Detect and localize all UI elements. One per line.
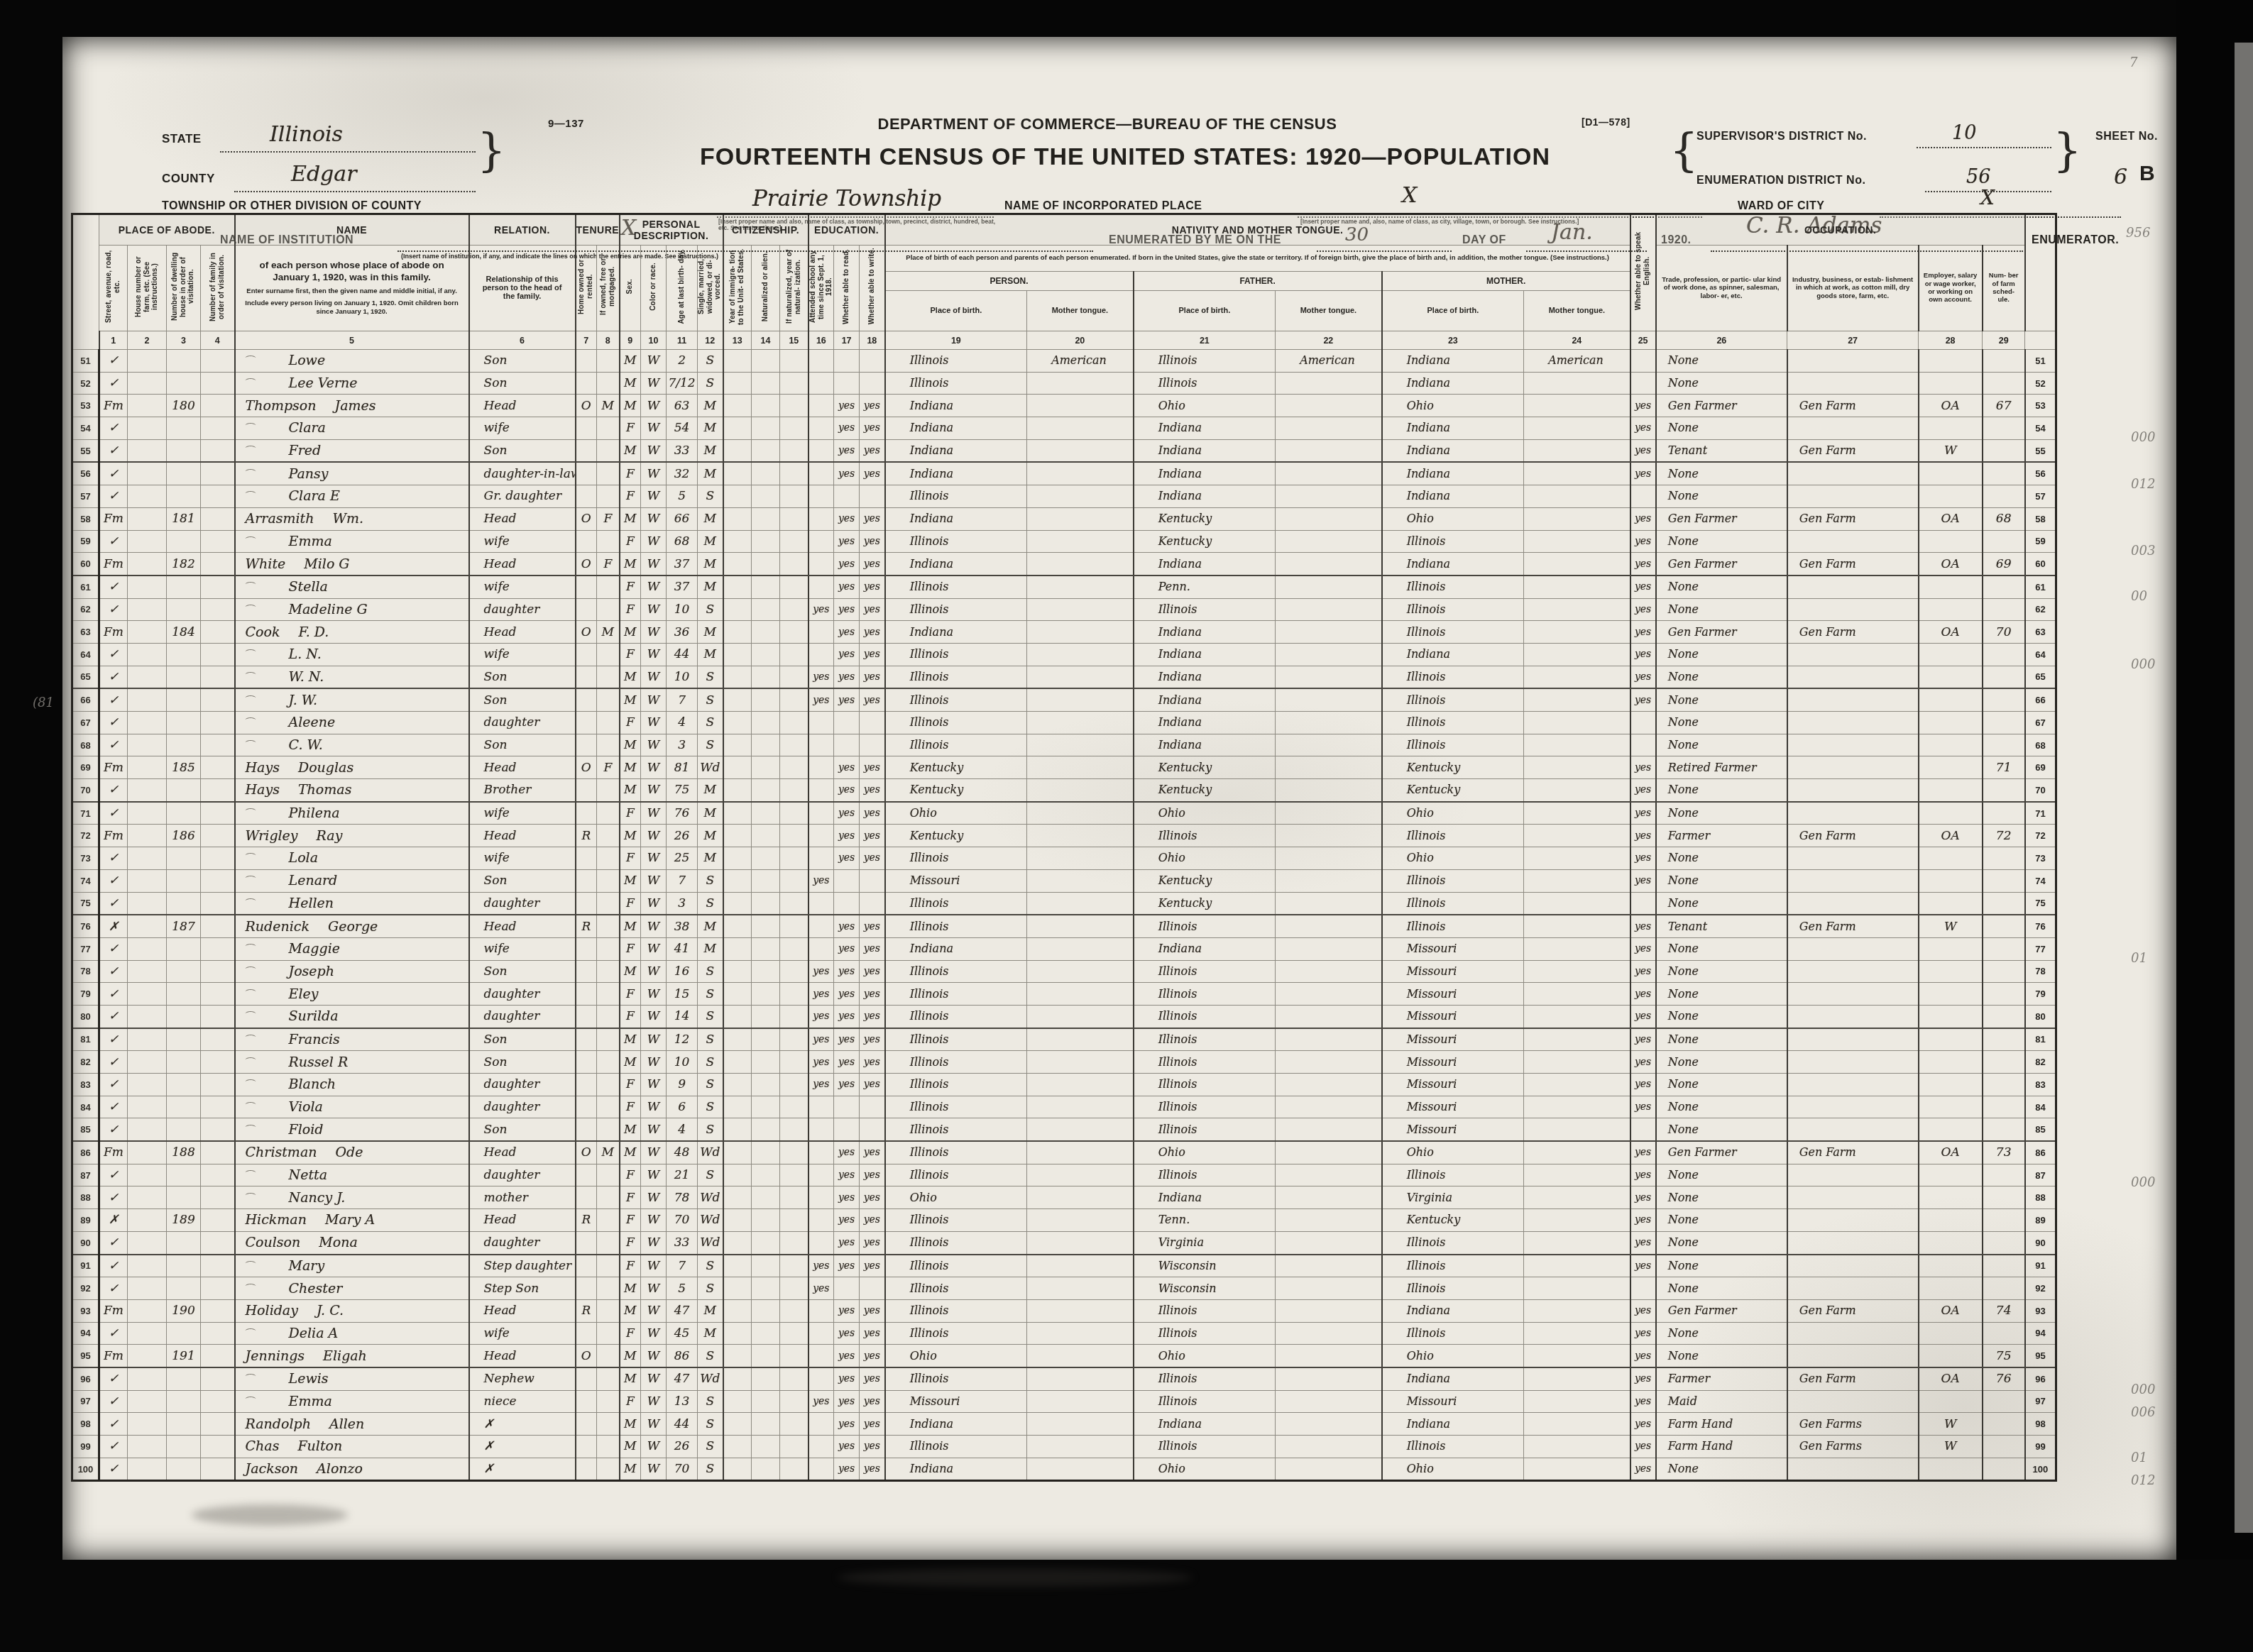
cell-mother-tongue-person [1027, 756, 1134, 779]
col-naturalization-year: If naturalized, year of natural- ization… [780, 246, 808, 331]
cell-speak-english: yes [1630, 507, 1656, 530]
cell-mother-tongue-person [1027, 1367, 1134, 1390]
cell-dwelling-number: 190 [167, 1299, 201, 1322]
cell-attended-school: yes [808, 1051, 834, 1074]
cell-able-read: yes [834, 553, 860, 576]
cell-naturalized [752, 621, 780, 644]
cell-mother-tongue-mother [1524, 1436, 1630, 1458]
cell-home-owned [576, 439, 597, 462]
margin-note: 000 [2131, 1175, 2155, 1190]
cell-speak-english: yes [1630, 553, 1656, 576]
ward-value: X [1980, 186, 1995, 209]
cell-age: 6 [667, 1096, 698, 1118]
cell-employer-class [1919, 779, 1983, 802]
cell-able-write: yes [860, 576, 885, 598]
cell-mortgage [597, 643, 620, 666]
subgroup-mother: MOTHER. [1382, 272, 1630, 291]
cell-able-write: yes [860, 1209, 885, 1232]
cell-able-write: yes [860, 1074, 885, 1096]
census-row: 80✓⌒SurildadaughterFW14SyesyesyesIllinoi… [72, 1005, 2056, 1028]
cell-home-owned [576, 892, 597, 915]
cell-speak-english: yes [1630, 1005, 1656, 1028]
cell-birthplace-person: Illinois [885, 1367, 1027, 1390]
cell-dwelling-number [167, 1322, 201, 1345]
cell-mother-tongue-mother [1524, 825, 1630, 847]
cell-able-write [860, 712, 885, 734]
cell-abode-mark: ✓ [99, 1096, 128, 1118]
cell-immigration-year [723, 802, 752, 825]
cell-attended-school [808, 1458, 834, 1481]
cell-sex: F [620, 576, 641, 598]
cell-immigration-year [723, 643, 752, 666]
cell-farm-schedule [1983, 983, 2025, 1006]
cell-naturalization-year [780, 350, 808, 373]
cell-mother-tongue-person [1027, 621, 1134, 644]
cell-speak-english: yes [1630, 643, 1656, 666]
cell-immigration-year [723, 553, 752, 576]
cell-occupation: None [1656, 712, 1787, 734]
cell-immigration-year [723, 1322, 752, 1345]
cell-able-read: yes [834, 915, 860, 937]
cell-able-write: yes [860, 462, 885, 485]
cell-mortgage [597, 1051, 620, 1074]
cell-able-write: yes [860, 1322, 885, 1345]
cell-relation: Head [469, 915, 576, 937]
cell-birthplace-mother: Illinois [1382, 1277, 1524, 1300]
cell-sex: M [620, 1118, 641, 1141]
col-number: 14 [752, 331, 780, 350]
cell-birthplace-father: Kentucky [1134, 869, 1276, 892]
cell-naturalized [752, 779, 780, 802]
cell-naturalized [752, 1367, 780, 1390]
cell-family-number [201, 1345, 235, 1367]
cell-home-owned [576, 350, 597, 373]
cell-birthplace-mother: Illinois [1382, 1164, 1524, 1186]
cell-birthplace-person: Indiana [885, 417, 1027, 440]
cell-sex: F [620, 1255, 641, 1277]
cell-naturalized [752, 1164, 780, 1186]
cell-able-write: yes [860, 1367, 885, 1390]
cell-home-owned [576, 1074, 597, 1096]
cell-employer-class [1919, 1118, 1983, 1141]
cell-mother-tongue-father [1276, 960, 1382, 983]
cell-relation: Head [469, 825, 576, 847]
cell-family-number [201, 779, 235, 802]
cell-farm-schedule [1983, 598, 2025, 621]
cell-naturalization-year [780, 372, 808, 395]
cell-birthplace-person: Illinois [885, 1005, 1027, 1028]
cell-abode-mark: ✓ [99, 1322, 128, 1345]
cell-house-number [128, 802, 167, 825]
cell-birthplace-father: Indiana [1134, 712, 1276, 734]
cell-naturalization-year [780, 1255, 808, 1277]
census-row: 93Fm190HolidayJ. C.HeadRMW47MyesyesIllin… [72, 1299, 2056, 1322]
cell-mother-tongue-father [1276, 1074, 1382, 1096]
cell-birthplace-father: Kentucky [1134, 530, 1276, 553]
cell-age: 26 [667, 825, 698, 847]
cell-name: ⌒C. W. [235, 734, 469, 756]
subgroup-father: FATHER. [1134, 272, 1382, 291]
cell-abode-mark: ✓ [99, 485, 128, 508]
cell-industry [1787, 688, 1919, 711]
cell-attended-school [808, 462, 834, 485]
cell-line-number-right: 75 [2025, 892, 2056, 915]
col-number: 18 [860, 331, 885, 350]
cell-farm-schedule [1983, 462, 2025, 485]
census-row: 74✓⌒LenardSonMW7SyesMissouriKentuckyIlli… [72, 869, 2056, 892]
cell-industry [1787, 712, 1919, 734]
cell-farm-schedule [1983, 1436, 2025, 1458]
cell-birthplace-mother: Illinois [1382, 712, 1524, 734]
township-label: TOWNSHIP OR OTHER DIVISION OF COUNTY [162, 200, 422, 213]
cell-sex: F [620, 1074, 641, 1096]
cell-speak-english: yes [1630, 1231, 1656, 1254]
cell-naturalization-year [780, 1413, 808, 1436]
cell-attended-school [808, 756, 834, 779]
cell-industry: Gen Farm [1787, 621, 1919, 644]
cell-birthplace-father: Illinois [1134, 1028, 1276, 1051]
cell-naturalization-year [780, 937, 808, 960]
cell-house-number [128, 553, 167, 576]
cell-dwelling-number: 182 [167, 553, 201, 576]
cell-farm-schedule [1983, 350, 2025, 373]
cell-family-number [201, 1299, 235, 1322]
cell-line-number: 82 [72, 1051, 99, 1074]
cell-naturalization-year [780, 1209, 808, 1232]
cell-naturalization-year [780, 530, 808, 553]
cell-attended-school [808, 712, 834, 734]
cell-home-owned: O [576, 1345, 597, 1367]
cell-color-race: W [641, 847, 667, 870]
cell-dwelling-number [167, 1277, 201, 1300]
cell-dwelling-number [167, 530, 201, 553]
cell-mother-tongue-mother [1524, 1164, 1630, 1186]
cell-line-number: 52 [72, 372, 99, 395]
cell-birthplace-person: Illinois [885, 530, 1027, 553]
cell-home-owned [576, 779, 597, 802]
cell-mother-tongue-father [1276, 1096, 1382, 1118]
cell-abode-mark: ✓ [99, 417, 128, 440]
cell-immigration-year [723, 1051, 752, 1074]
cell-able-write: yes [860, 1458, 885, 1481]
cell-mortgage [597, 350, 620, 373]
cell-farm-schedule [1983, 1322, 2025, 1345]
cell-mother-tongue-person [1027, 439, 1134, 462]
cell-attended-school [808, 915, 834, 937]
cell-mother-tongue-person [1027, 915, 1134, 937]
census-row: 60Fm182WhiteMilo GHeadOFMW37MyesyesIndia… [72, 553, 2056, 576]
cell-occupation: None [1656, 983, 1787, 1006]
cell-dwelling-number [167, 688, 201, 711]
cell-employer-class [1919, 688, 1983, 711]
cell-birthplace-mother: Kentucky [1382, 1209, 1524, 1232]
cell-relation: Son [469, 869, 576, 892]
cell-mother-tongue-father: American [1276, 350, 1382, 373]
cell-family-number [201, 1051, 235, 1074]
cell-mother-tongue-mother: American [1524, 350, 1630, 373]
cell-birthplace-person: Indiana [885, 1413, 1027, 1436]
cell-mother-tongue-father [1276, 1051, 1382, 1074]
cell-mortgage [597, 1005, 620, 1028]
cell-farm-schedule [1983, 892, 2025, 915]
cell-marital: S [698, 1028, 723, 1051]
cell-speak-english: yes [1630, 1074, 1656, 1096]
cell-able-read: yes [834, 395, 860, 417]
cell-naturalized [752, 1005, 780, 1028]
cell-able-read: yes [834, 960, 860, 983]
cell-age: 5 [667, 1277, 698, 1300]
cell-birthplace-mother: Missouri [1382, 1074, 1524, 1096]
col-immigration-year: Year of immigra- tion to the Unit- ed St… [723, 246, 752, 331]
cell-house-number [128, 530, 167, 553]
col-dwelling-number: Number of dwelling house in order of vis… [167, 246, 201, 331]
cell-speak-english: yes [1630, 1164, 1656, 1186]
cell-birthplace-person: Illinois [885, 1209, 1027, 1232]
col-number: 21 [1134, 331, 1276, 350]
cell-attended-school [808, 892, 834, 915]
cell-sex: M [620, 960, 641, 983]
cell-occupation: None [1656, 417, 1787, 440]
cell-family-number [201, 553, 235, 576]
cell-mother-tongue-person [1027, 825, 1134, 847]
cell-mother-tongue-person [1027, 779, 1134, 802]
cell-employer-class [1919, 576, 1983, 598]
cell-line-number: 55 [72, 439, 99, 462]
cell-line-number-right: 64 [2025, 643, 2056, 666]
cell-naturalization-year [780, 892, 808, 915]
cell-family-number [201, 712, 235, 734]
cell-relation: Step daughter [469, 1255, 576, 1277]
cell-able-write: yes [860, 1413, 885, 1436]
col-family-number: Number of family in order of visitation. [201, 246, 235, 331]
census-row: 84✓⌒VioladaughterFW6SIllinoisIllinoisMis… [72, 1096, 2056, 1118]
cell-sex: M [620, 1051, 641, 1074]
cell-home-owned [576, 869, 597, 892]
cell-house-number [128, 1231, 167, 1254]
cell-birthplace-person: Ohio [885, 1345, 1027, 1367]
cell-birthplace-mother: Missouri [1382, 1096, 1524, 1118]
cell-dwelling-number [167, 779, 201, 802]
cell-name: ⌒Russel R [235, 1051, 469, 1074]
cell-family-number [201, 688, 235, 711]
cell-industry [1787, 983, 1919, 1006]
cell-immigration-year [723, 576, 752, 598]
cell-immigration-year [723, 1164, 752, 1186]
cell-line-number: 68 [72, 734, 99, 756]
cell-birthplace-mother: Kentucky [1382, 756, 1524, 779]
cell-line-number: 85 [72, 1118, 99, 1141]
census-row: 78✓⌒JosephSonMW16SyesyesyesIllinoisIllin… [72, 960, 2056, 983]
cell-birthplace-mother: Ohio [1382, 847, 1524, 870]
cell-relation: Son [469, 666, 576, 688]
cell-mother-tongue-person [1027, 983, 1134, 1006]
cell-attended-school [808, 1299, 834, 1322]
margin-note: 000 [2131, 657, 2155, 672]
cell-mother-tongue-father [1276, 507, 1382, 530]
cell-marital: S [698, 1413, 723, 1436]
cell-occupation: Gen Farmer [1656, 507, 1787, 530]
cell-mother-tongue-mother [1524, 621, 1630, 644]
cell-occupation: Gen Farmer [1656, 395, 1787, 417]
cell-speak-english: yes [1630, 1458, 1656, 1481]
cell-mother-tongue-person [1027, 1277, 1134, 1300]
cell-mortgage [597, 869, 620, 892]
cell-dwelling-number [167, 643, 201, 666]
cell-birthplace-mother: Missouri [1382, 1390, 1524, 1413]
cell-occupation: Gen Farmer [1656, 1299, 1787, 1322]
cell-able-read: yes [834, 1231, 860, 1254]
cell-dwelling-number [167, 892, 201, 915]
cell-naturalization-year [780, 756, 808, 779]
cell-age: 13 [667, 1390, 698, 1413]
cell-industry [1787, 372, 1919, 395]
cell-abode-mark: Fm [99, 1299, 128, 1322]
cell-naturalization-year [780, 666, 808, 688]
cell-birthplace-father: Illinois [1134, 1118, 1276, 1141]
cell-line-number-right: 66 [2025, 688, 2056, 711]
cell-mother-tongue-mother [1524, 1074, 1630, 1096]
cell-house-number [128, 485, 167, 508]
cell-naturalized [752, 1186, 780, 1209]
cell-line-number: 67 [72, 712, 99, 734]
cell-birthplace-mother: Missouri [1382, 937, 1524, 960]
cell-birthplace-mother: Indiana [1382, 372, 1524, 395]
cell-home-owned [576, 1413, 597, 1436]
cell-line-number-right: 88 [2025, 1186, 2056, 1209]
group-place-of-abode: PLACE OF ABODE. [99, 214, 235, 246]
cell-occupation: None [1656, 1277, 1787, 1300]
cell-house-number [128, 1005, 167, 1028]
cell-mortgage [597, 1345, 620, 1367]
cell-speak-english: yes [1630, 666, 1656, 688]
cell-name: RandolphAllen [235, 1413, 469, 1436]
cell-immigration-year [723, 621, 752, 644]
cell-relation: wife [469, 530, 576, 553]
cell-naturalized [752, 666, 780, 688]
census-row: 63Fm184CookF. D.HeadOMMW36MyesyesIndiana… [72, 621, 2056, 644]
cell-mortgage [597, 485, 620, 508]
cell-abode-mark: ✓ [99, 1255, 128, 1277]
cell-sex: M [620, 1458, 641, 1481]
col-number: 8 [597, 331, 620, 350]
cell-birthplace-mother: Missouri [1382, 1118, 1524, 1141]
cell-birthplace-person: Illinois [885, 1231, 1027, 1254]
cell-name: JacksonAlonzo [235, 1458, 469, 1481]
cell-relation: daughter-in-law [469, 462, 576, 485]
cell-relation: Gr. daughter [469, 485, 576, 508]
cell-line-number-right: 95 [2025, 1345, 2056, 1367]
cell-able-write: yes [860, 621, 885, 644]
cell-sex: F [620, 712, 641, 734]
cell-marital: S [698, 1118, 723, 1141]
cell-birthplace-father: Kentucky [1134, 756, 1276, 779]
cell-sex: M [620, 1367, 641, 1390]
cell-sex: M [620, 350, 641, 373]
cell-abode-mark: Fm [99, 553, 128, 576]
cell-dwelling-number [167, 734, 201, 756]
cell-mother-tongue-father [1276, 779, 1382, 802]
cell-house-number [128, 712, 167, 734]
cell-house-number [128, 1413, 167, 1436]
cell-color-race: W [641, 553, 667, 576]
cell-mother-tongue-father [1276, 1436, 1382, 1458]
cell-speak-english: yes [1630, 779, 1656, 802]
census-row: 81✓⌒FrancisSonMW12SyesyesyesIllinoisIlli… [72, 1028, 2056, 1051]
cell-abode-mark: ✓ [99, 734, 128, 756]
cell-relation: Son [469, 439, 576, 462]
cell-abode-mark: ✗ [99, 1209, 128, 1232]
cell-naturalized [752, 507, 780, 530]
cell-attended-school: yes [808, 1390, 834, 1413]
cell-naturalization-year [780, 576, 808, 598]
cell-sex: F [620, 530, 641, 553]
census-row: 71✓⌒PhilenawifeFW76MyesyesOhioOhioOhioye… [72, 802, 2056, 825]
cell-attended-school [808, 937, 834, 960]
cell-naturalization-year [780, 598, 808, 621]
cell-immigration-year [723, 688, 752, 711]
cell-immigration-year [723, 1074, 752, 1096]
cell-abode-mark: ✓ [99, 1051, 128, 1074]
cell-sex: M [620, 395, 641, 417]
cell-attended-school [808, 350, 834, 373]
cell-house-number [128, 1051, 167, 1074]
cell-mother-tongue-father [1276, 1299, 1382, 1322]
cell-age: 10 [667, 1051, 698, 1074]
cell-speak-english: yes [1630, 462, 1656, 485]
cell-sex: F [620, 1164, 641, 1186]
cell-mother-tongue-mother [1524, 712, 1630, 734]
cell-marital: S [698, 960, 723, 983]
cell-mother-tongue-father [1276, 1345, 1382, 1367]
cell-home-owned [576, 1277, 597, 1300]
cell-employer-class: OA [1919, 395, 1983, 417]
cell-immigration-year [723, 1096, 752, 1118]
cell-sex: M [620, 734, 641, 756]
cell-industry [1787, 1074, 1919, 1096]
cell-immigration-year [723, 439, 752, 462]
cell-dwelling-number [167, 1231, 201, 1254]
cell-industry [1787, 960, 1919, 983]
cell-industry [1787, 1277, 1919, 1300]
cell-able-read: yes [834, 983, 860, 1006]
cell-immigration-year [723, 1458, 752, 1481]
cell-color-race: W [641, 1436, 667, 1458]
cell-naturalization-year [780, 1436, 808, 1458]
cell-birthplace-mother: Illinois [1382, 598, 1524, 621]
cell-naturalization-year [780, 1277, 808, 1300]
cell-farm-schedule: 74 [1983, 1299, 2025, 1322]
cell-home-owned [576, 1186, 597, 1209]
cell-mother-tongue-mother [1524, 1231, 1630, 1254]
cell-age: 3 [667, 734, 698, 756]
cell-birthplace-mother: Missouri [1382, 1051, 1524, 1074]
cell-immigration-year [723, 1118, 752, 1141]
cell-birthplace-father: Indiana [1134, 1186, 1276, 1209]
cell-mortgage [597, 417, 620, 440]
cell-mother-tongue-mother [1524, 507, 1630, 530]
cell-age: 75 [667, 779, 698, 802]
cell-occupation: Tenant [1656, 915, 1787, 937]
cell-sex: F [620, 937, 641, 960]
cell-dwelling-number [167, 1367, 201, 1390]
cell-farm-schedule [1983, 576, 2025, 598]
cell-family-number [201, 1074, 235, 1096]
cell-speak-english: yes [1630, 1299, 1656, 1322]
cell-naturalized [752, 576, 780, 598]
cell-line-number: 100 [72, 1458, 99, 1481]
cell-house-number [128, 869, 167, 892]
cell-marital: Wd [698, 1141, 723, 1164]
